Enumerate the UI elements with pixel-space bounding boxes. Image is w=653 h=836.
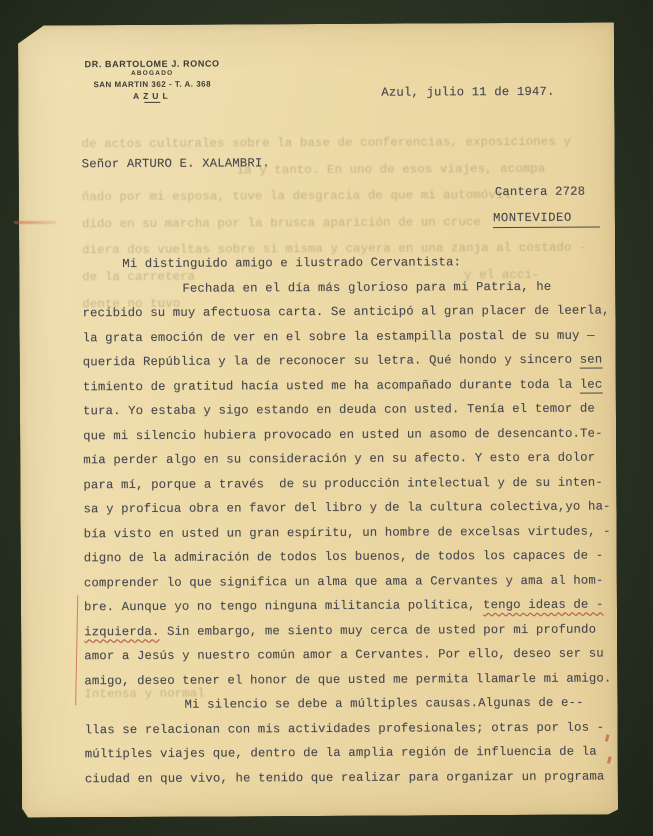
letterhead-city-underline [144, 102, 160, 103]
ghost-text-line: y el acci- [464, 268, 539, 282]
ghost-text-line: dido en su marcha por la brusca aparició… [82, 215, 481, 231]
body-line: sa y proficua obra en favor del libro y … [83, 499, 613, 526]
letterhead-city: AZUL [54, 90, 250, 101]
date-line: Azul, julio 11 de 1947. [381, 85, 554, 100]
ghost-text-line: de actos culturales sobre la base de con… [82, 135, 571, 152]
red-tick-layer [18, 22, 614, 25]
letter-page: DR. BARTOLOME J. RONCO ABOGADO SAN MARTI… [18, 22, 618, 817]
body-line: bre. Aunque yo no tengo ninguna militanc… [84, 597, 614, 624]
red-margin-dash [14, 221, 56, 224]
body-line: izquierda. Sin embargo, me siento muy ce… [84, 622, 614, 649]
body-line: timiento de gratitud hacía usted me ha a… [83, 377, 613, 404]
body-line: la grata emoción de ver en el sobre la e… [83, 328, 613, 355]
body-line: amor a Jesús y nuestro común amor a Cerv… [84, 646, 614, 673]
body-line: comprender lo que significa un alma que … [84, 573, 614, 600]
ghost-text-line: dente no tuvo [82, 297, 180, 312]
body-line: para mí, porque a través de su producció… [83, 475, 613, 502]
ghost-text-line: ía y tanto. En uno de esos viajes, acomp… [237, 162, 546, 178]
body-line: digno de la admiración de todos los buen… [84, 548, 614, 575]
ghost-text-layer: de actos culturales sobre la base de con… [18, 22, 614, 25]
body-line: mía perder algo en su consideración y en… [83, 450, 613, 477]
ghost-text-line: ñado por mi esposa, tuve la desgracia de… [82, 188, 511, 204]
recipient-city: MONTEVIDEO [493, 211, 600, 229]
ghost-text-line: Intensa y normal [84, 687, 205, 702]
red-margin-line [75, 595, 78, 705]
letterhead: DR. BARTOLOME J. RONCO ABOGADO SAN MARTI… [54, 58, 250, 103]
body-line: querida República y la de reconocer su l… [83, 352, 613, 379]
scanned-letter-background: DR. BARTOLOME J. RONCO ABOGADO SAN MARTI… [0, 0, 653, 836]
body-line: llas se relacionan con mis actividades p… [85, 720, 615, 747]
letterhead-title: ABOGADO [54, 69, 250, 77]
letterhead-address: SAN MARTIN 362 - T. A. 368 [54, 79, 250, 89]
ghost-text-line: de la carretera [82, 270, 195, 285]
body-line: bía visto en usted un gran espíritu, un … [84, 524, 614, 551]
body-line: tura. Yo estaba y sigo estando en deuda … [83, 401, 613, 428]
body-line: que mi silencio hubiera provocado en ust… [83, 426, 613, 453]
letterhead-name: DR. BARTOLOME J. RONCO [54, 58, 250, 69]
body-line: ciudad en que vivo, he tenido que realiz… [85, 769, 615, 796]
body-line: múltiples viajes que, dentro de la ampli… [85, 744, 615, 771]
body-lines: Mi distinguido amigo e ilustrado Cervant… [82, 254, 615, 796]
ghost-text-line: diera dos vueltas sobre sí misma y cayer… [82, 241, 587, 258]
